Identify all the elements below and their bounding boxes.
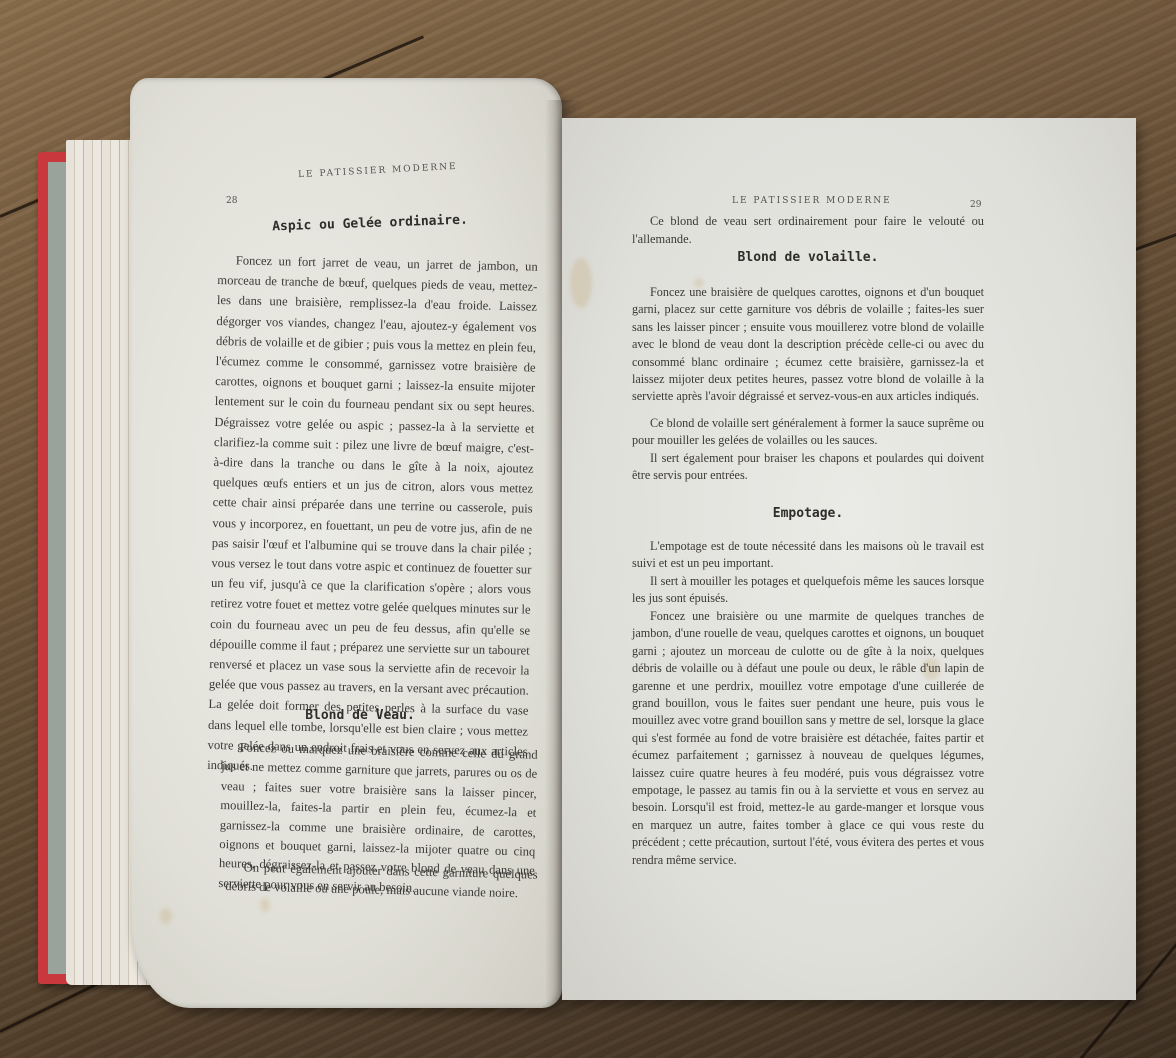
left-page-number: 28 — [226, 196, 237, 206]
body-paragraph: Ce blond de veau sert ordinairement pour… — [632, 212, 984, 248]
body-paragraph: Foncez une braisière de quelques carotte… — [632, 284, 984, 406]
body-paragraph: Foncez un fort jarret de veau, un jarret… — [207, 250, 538, 782]
section-title: Blond de volaille. — [632, 250, 984, 265]
plank-seam — [1129, 223, 1176, 253]
foxing-stain — [260, 898, 270, 912]
section-title: Blond de Veau. — [200, 708, 520, 723]
right-running-head: LE PATISSIER MODERNE — [732, 196, 892, 206]
section-title: Empotage. — [632, 506, 984, 521]
body-paragraph: On peut également ajouter dans cette gar… — [225, 858, 538, 904]
right-page-number: 29 — [970, 200, 981, 210]
body-paragraph: Ce blond de volaille sert généralement à… — [632, 415, 984, 450]
left-running-head: LE PATISSIER MODERNE — [298, 162, 458, 180]
foxing-stain — [160, 908, 172, 924]
body-paragraph: L'empotage est de toute nécessité dans l… — [632, 538, 984, 573]
section-title: Aspic ou Gelée ordinaire. — [200, 210, 540, 237]
left-page: 28 LE PATISSIER MODERNE Aspic ou Gelée o… — [130, 78, 562, 1008]
body-paragraph: Il sert à mouiller les potages et quelqu… — [632, 573, 984, 608]
right-page: LE PATISSIER MODERNE 29 Ce blond de veau… — [562, 118, 1136, 1000]
body-paragraph: Foncez une braisière ou une marmite de q… — [632, 608, 984, 869]
foxing-stain — [570, 258, 592, 308]
body-paragraph: Il sert également pour braiser les chapo… — [632, 450, 984, 485]
